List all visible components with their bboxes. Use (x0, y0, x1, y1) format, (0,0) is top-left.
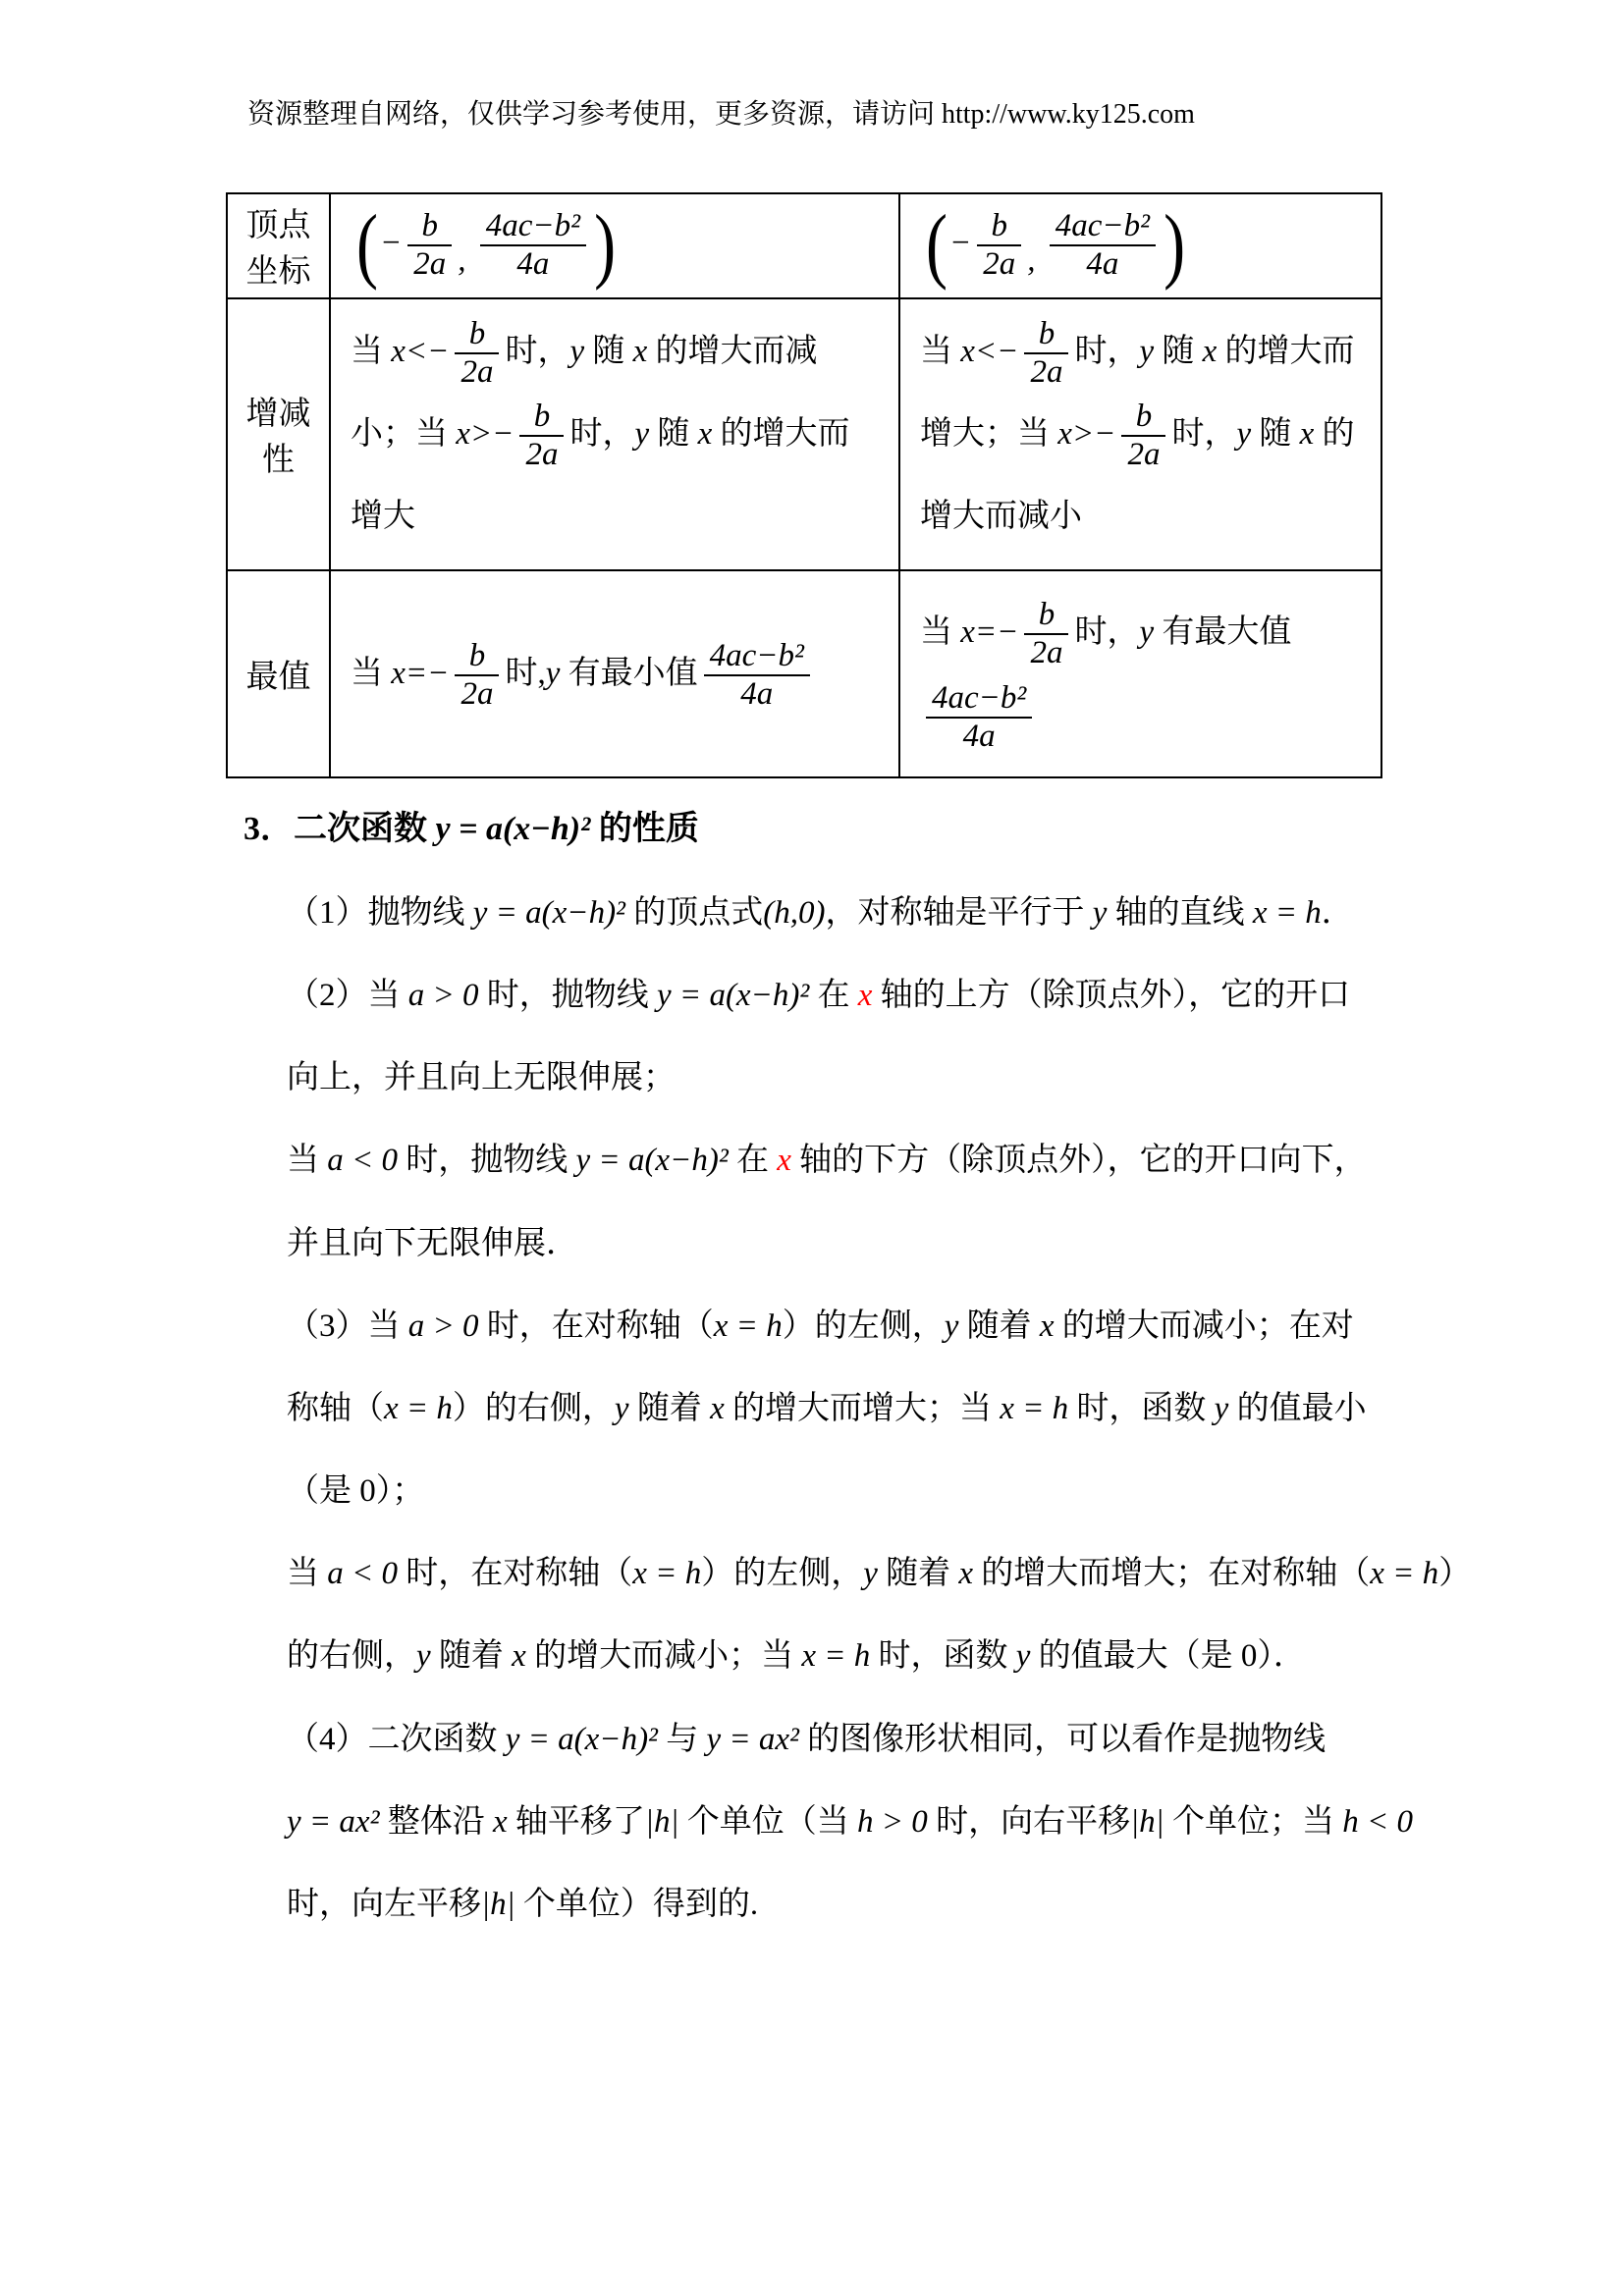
paragraph-item2-line3: 当 a < 0 时，抛物线 y = a(x−h)² 在 x 轴的下方（除顶点外）… (287, 1138, 1624, 1183)
row-label-vertex: 顶点坐标 (227, 193, 330, 298)
table-row-vertex: 顶点坐标 (−b2a, 4ac−b²4a) (−b2a, 4ac−b²4a) (227, 193, 1381, 298)
monotonicity-cell-left: 当 x<−b2a时，y 随 x 的增大而减小；当 x>−b2a时，y 随 x 的… (330, 298, 899, 570)
paragraph-item3-line1: （3）当 a > 0 时，在对称轴（x = h）的左侧，y 随着 x 的增大而减… (287, 1304, 1624, 1349)
paragraph-item3-line4: 当 a < 0 时，在对称轴（x = h）的左侧，y 随着 x 的增大而增大；在… (287, 1551, 1624, 1596)
section-heading: 3．二次函数 y = a(x−h)² 的性质 (244, 808, 1624, 851)
paragraph-item2-line1: （2）当 a > 0 时，抛物线 y = a(x−h)² 在 x 轴的上方（除顶… (287, 973, 1624, 1018)
paragraph-item2-line2: 向上，并且向上无限伸展； (287, 1055, 1624, 1100)
paragraph-item3-line5: 的右侧，y 随着 x 的增大而减小；当 x = h 时，函数 y 的值最大（是 … (287, 1633, 1624, 1679)
paragraph-item3-line2: 称轴（x = h）的右侧，y 随着 x 的增大而增大；当 x = h 时，函数 … (287, 1386, 1624, 1431)
monotonicity-cell-right: 当 x<−b2a时，y 随 x 的增大而增大；当 x>−b2a时，y 随 x 的… (899, 298, 1381, 570)
header-text: 资源整理自网络，仅供学习参考使用，更多资源，请访问 http://www.ky1… (247, 98, 1624, 132)
row-label-monotonicity: 增减性 (227, 298, 330, 570)
properties-table: 顶点坐标 (−b2a, 4ac−b²4a) (−b2a, 4ac−b²4a) 增… (226, 192, 1382, 778)
paragraph-item4-line1: （4）二次函数 y = a(x−h)² 与 y = ax² 的图像形状相同，可以… (287, 1717, 1624, 1762)
extremum-cell-right: 当 x=−b2a时，y 有最大值4ac−b²4a (899, 570, 1381, 777)
paragraph-item4-line3: 时，向左平移|h| 个单位）得到的. (287, 1882, 1624, 1927)
row-label-extremum: 最值 (227, 570, 330, 777)
table-row-extremum: 最值 当 x=−b2a时,y 有最小值4ac−b²4a 当 x=−b2a时，y … (227, 570, 1381, 777)
vertex-cell-right: (−b2a, 4ac−b²4a) (899, 193, 1381, 298)
paragraph-item4-line2: y = ax² 整体沿 x 轴平移了|h| 个单位（当 h > 0 时，向右平移… (287, 1799, 1624, 1844)
extremum-cell-left: 当 x=−b2a时,y 有最小值4ac−b²4a (330, 570, 899, 777)
section-body: （1）抛物线 y = a(x−h)² 的顶点式(h,0)，对称轴是平行于 y 轴… (0, 890, 1624, 1927)
paragraph-item2-line4: 并且向下无限伸展． (287, 1221, 1624, 1266)
vertex-cell-left: (−b2a, 4ac−b²4a) (330, 193, 899, 298)
table-row-monotonicity: 增减性 当 x<−b2a时，y 随 x 的增大而减小；当 x>−b2a时，y 随… (227, 298, 1381, 570)
document-page: 资源整理自网络，仅供学习参考使用，更多资源，请访问 http://www.ky1… (0, 0, 1624, 2296)
paragraph-item3-line3: （是 0）； (287, 1468, 1624, 1514)
paragraph-item1: （1）抛物线 y = a(x−h)² 的顶点式(h,0)，对称轴是平行于 y 轴… (287, 890, 1624, 935)
